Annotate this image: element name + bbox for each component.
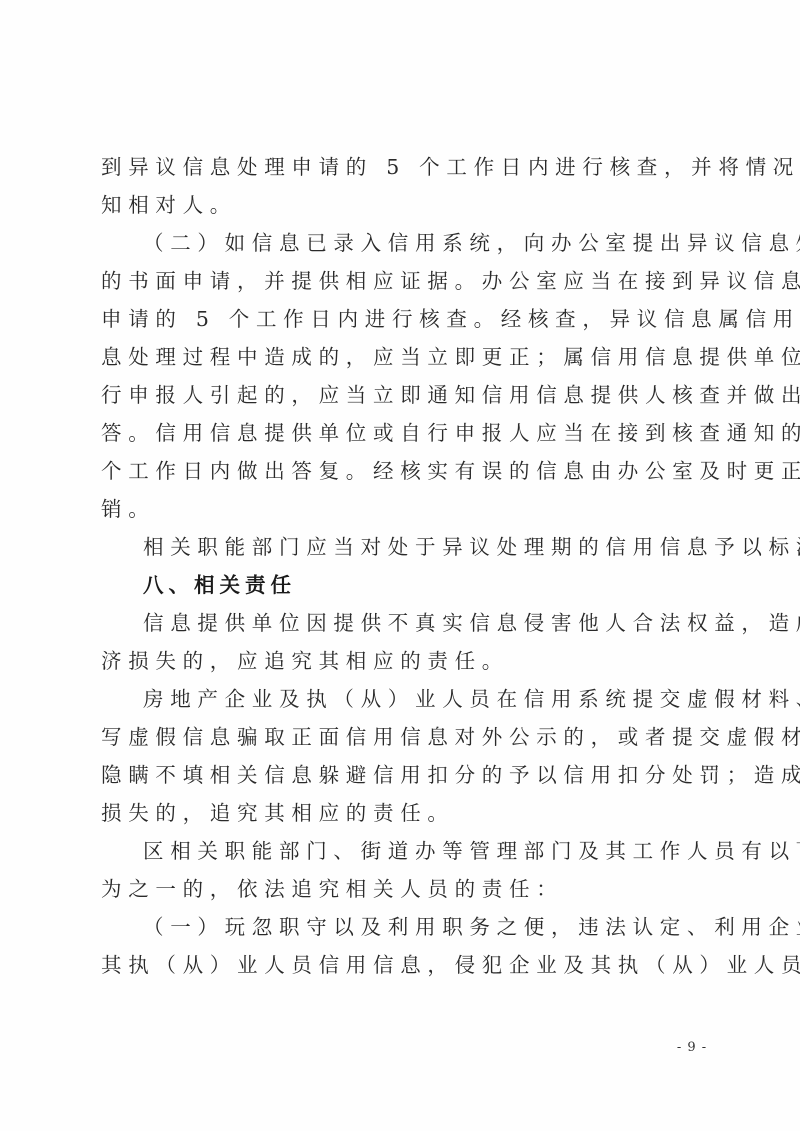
paragraph-line: 房地产企业及执（从）业人员在信用系统提交虚假材料、填 bbox=[101, 680, 703, 718]
document-body: 到异议信息处理申请的 5 个工作日内进行核查，并将情况书面告 知相对人。 （二）… bbox=[101, 148, 703, 984]
paragraph-line: （一）玩忽职守以及利用职务之便，违法认定、利用企业及 bbox=[101, 908, 703, 946]
document-page: 到异议信息处理申请的 5 个工作日内进行核查，并将情况书面告 知相对人。 （二）… bbox=[0, 0, 800, 1131]
paragraph-line: 答。信用信息提供单位或自行申报人应当在接到核查通知的 10 bbox=[101, 414, 703, 452]
paragraph-line: 其执（从）业人员信用信息，侵犯企业及其执（从）业人员合法 bbox=[101, 946, 703, 984]
paragraph-line: 个工作日内做出答复。经核实有误的信息由办公室及时更正或撤 bbox=[101, 452, 703, 490]
paragraph-line: 隐瞒不填相关信息躲避信用扣分的予以信用扣分处罚；造成经济 bbox=[101, 756, 703, 794]
paragraph-line: 申请的 5 个工作日内进行核查。经核查，异议信息属信用系统信 bbox=[101, 300, 703, 338]
paragraph-line: 信息提供单位因提供不真实信息侵害他人合法权益，造成经 bbox=[101, 604, 703, 642]
section-heading: 八、相关责任 bbox=[101, 566, 703, 604]
paragraph-line: 相关职能部门应当对处于异议处理期的信用信息予以标注。 bbox=[101, 528, 703, 566]
paragraph-line: 息处理过程中造成的，应当立即更正；属信用信息提供单位或自 bbox=[101, 338, 703, 376]
paragraph-line: 到异议信息处理申请的 5 个工作日内进行核查，并将情况书面告 bbox=[101, 148, 703, 186]
paragraph-line: 的书面申请，并提供相应证据。办公室应当在接到异议信息处理 bbox=[101, 262, 703, 300]
paragraph-line: 行申报人引起的，应当立即通知信用信息提供人核查并做出解 bbox=[101, 376, 703, 414]
paragraph-line: 销。 bbox=[101, 490, 703, 528]
paragraph-line: 损失的，追究其相应的责任。 bbox=[101, 794, 703, 832]
paragraph-line: 知相对人。 bbox=[101, 186, 703, 224]
paragraph-line: 为之一的，依法追究相关人员的责任： bbox=[101, 870, 703, 908]
paragraph-line: 区相关职能部门、街道办等管理部门及其工作人员有以下行 bbox=[101, 832, 703, 870]
page-number: - 9 - bbox=[672, 1040, 712, 1055]
paragraph-line: （二）如信息已录入信用系统，向办公室提出异议信息处理 bbox=[101, 224, 703, 262]
paragraph-line: 济损失的，应追究其相应的责任。 bbox=[101, 642, 703, 680]
paragraph-line: 写虚假信息骗取正面信用信息对外公示的，或者提交虚假材料、 bbox=[101, 718, 703, 756]
